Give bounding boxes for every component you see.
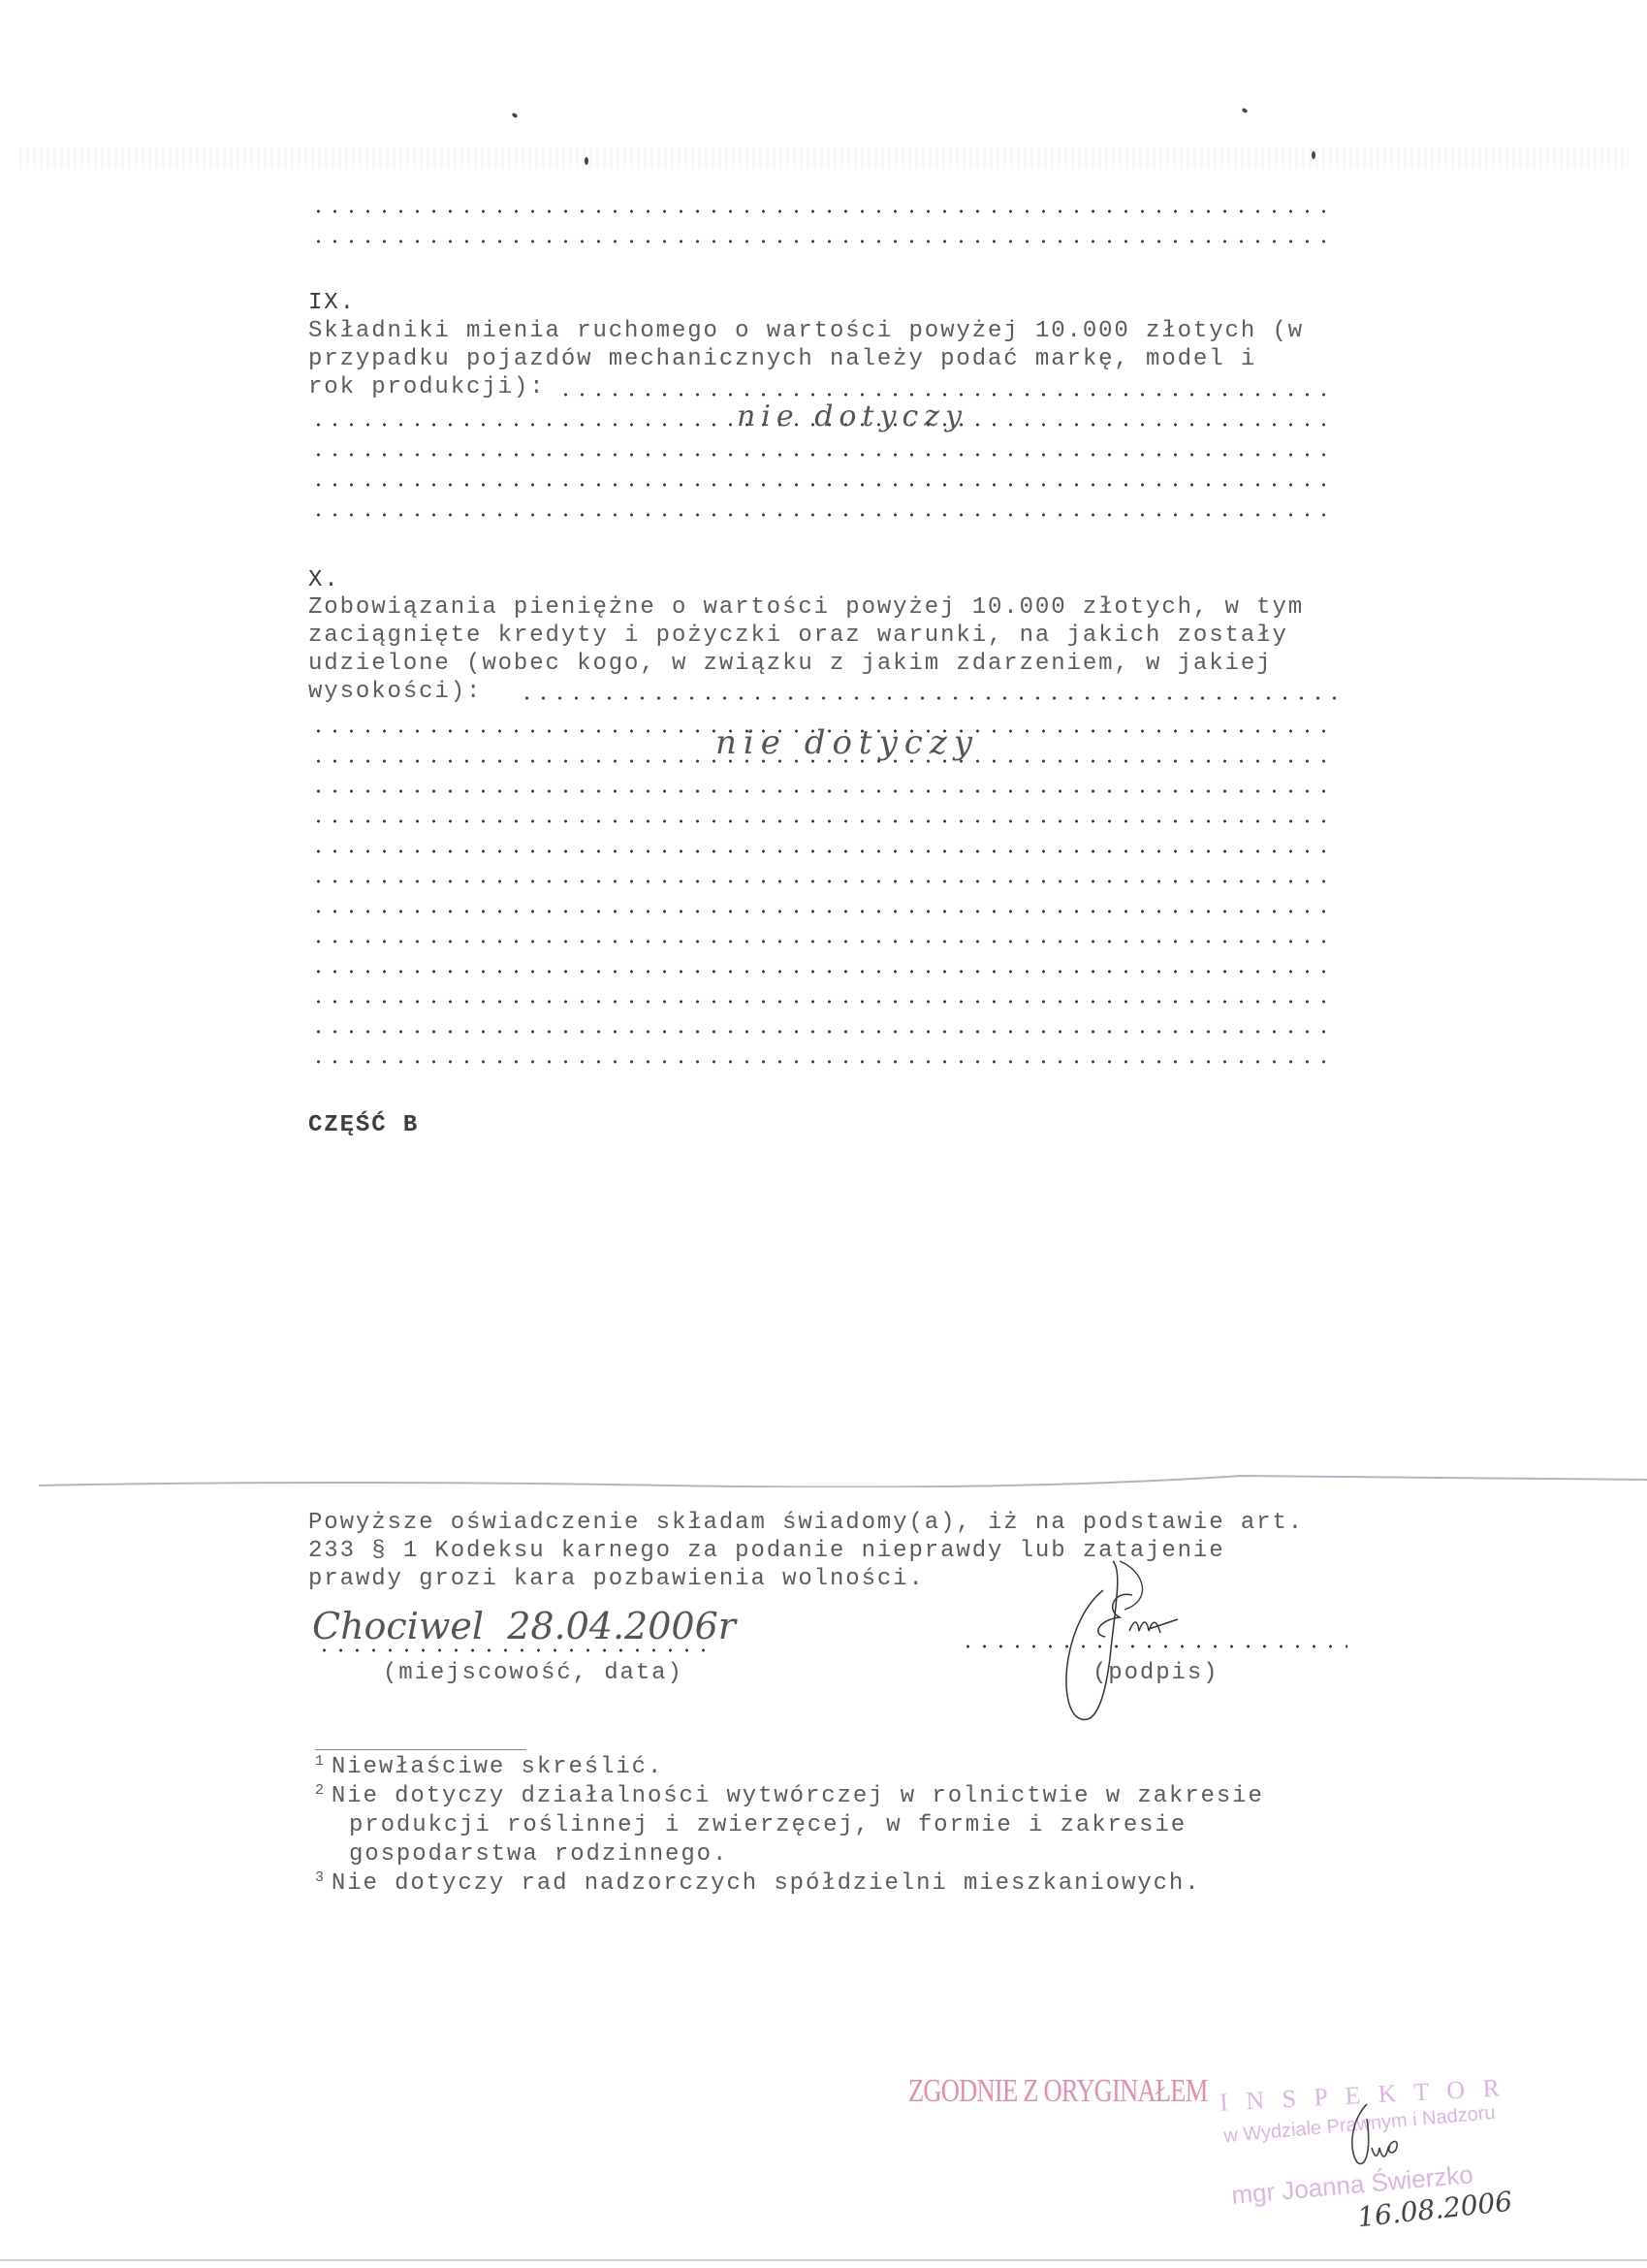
answer-dotted-line	[557, 393, 1338, 397]
section-ix-text-line: rok produkcji):	[308, 373, 546, 401]
footnote-text: Nie dotyczy rad nadzorczych spółdzielni …	[332, 1870, 1201, 1897]
answer-dotted-line	[310, 910, 1338, 913]
declaration-line: prawdy grozi kara pozbawienia wolności.	[308, 1565, 925, 1593]
answer-dotted-line	[310, 849, 1338, 853]
answer-dotted-line	[310, 1060, 1338, 1064]
dotted-line	[310, 209, 1338, 213]
answer-dotted-line	[310, 940, 1338, 943]
section-x-text-line: Zobowiązania pieniężne o wartości powyże…	[308, 593, 1304, 622]
place-date-handwritten: Chociwel 28.04.2006r	[312, 1605, 736, 1647]
section-ix-number: IX.	[308, 289, 356, 317]
answer-dotted-line	[519, 696, 1338, 700]
footnote-mark: 3	[315, 1869, 326, 1886]
footnote-mark: 1	[315, 1753, 326, 1770]
scan-artifact-band	[19, 147, 1629, 169]
part-b-heading: CZĘŚĆ B	[308, 1111, 419, 1139]
footnote-2: 2Nie dotyczy działalności wytwórczej w r…	[315, 1782, 1264, 1812]
footnote-text: Nie dotyczy działalności wytwórczej w ro…	[332, 1783, 1264, 1809]
declaration-line: Powyższe oświadczenie składam świadomy(a…	[308, 1509, 1304, 1537]
section-x-number: X.	[308, 566, 340, 594]
signature-scribble	[1047, 1551, 1241, 1736]
section-x-handwritten-answer: nie dotyczy	[715, 723, 979, 762]
answer-dotted-line	[310, 453, 1338, 457]
place-date-label: (miejscowość, data)	[383, 1659, 683, 1687]
certified-copy-stamp: ZGODNIE Z ORYGINAŁEM	[908, 2073, 1208, 2110]
answer-dotted-line	[310, 970, 1338, 974]
scan-speck	[511, 112, 518, 119]
answer-dotted-line	[310, 789, 1338, 793]
answer-dotted-line	[310, 879, 1338, 883]
scan-speck	[585, 157, 588, 165]
footnote-rule	[315, 1749, 526, 1750]
inspector-signature	[1338, 2099, 1415, 2177]
section-x-text-line: udzielone (wobec kogo, w związku z jakim…	[308, 650, 1272, 678]
section-ix-text-line: Składniki mienia ruchomego o wartości po…	[308, 317, 1304, 345]
footnote-3: 3Nie dotyczy rad nadzorczych spółdzielni…	[315, 1869, 1201, 1900]
answer-dotted-line	[310, 1000, 1338, 1004]
answer-dotted-line	[310, 819, 1338, 823]
scan-speck	[1312, 151, 1315, 159]
scan-speck	[1241, 108, 1248, 114]
page-bottom-edge	[0, 2259, 1647, 2261]
answer-dotted-line	[310, 513, 1338, 517]
footnote-text: Niewłaściwe skreślić.	[332, 1754, 663, 1780]
section-x-text-line: wysokości):	[308, 678, 482, 706]
fold-line	[39, 1474, 1647, 1487]
footnote-2-cont: gospodarstwa rodzinnego.	[349, 1840, 728, 1869]
section-ix-text-line: przypadku pojazdów mechanicznych należy …	[308, 345, 1256, 373]
footnote-1: 1Niewłaściwe skreślić.	[315, 1753, 663, 1783]
answer-dotted-line	[310, 483, 1338, 487]
section-ix-handwritten-answer: nie dotyczy	[737, 399, 967, 433]
section-x-text-line: zaciągnięte kredyty i pożyczki oraz waru…	[308, 622, 1288, 650]
footnote-2-cont: produkcji roślinnej i zwierzęcej, w form…	[349, 1811, 1187, 1839]
answer-dotted-line	[310, 1030, 1338, 1034]
footnote-mark: 2	[315, 1782, 326, 1799]
dotted-line	[310, 240, 1338, 243]
place-date-dotted-line	[316, 1648, 713, 1652]
